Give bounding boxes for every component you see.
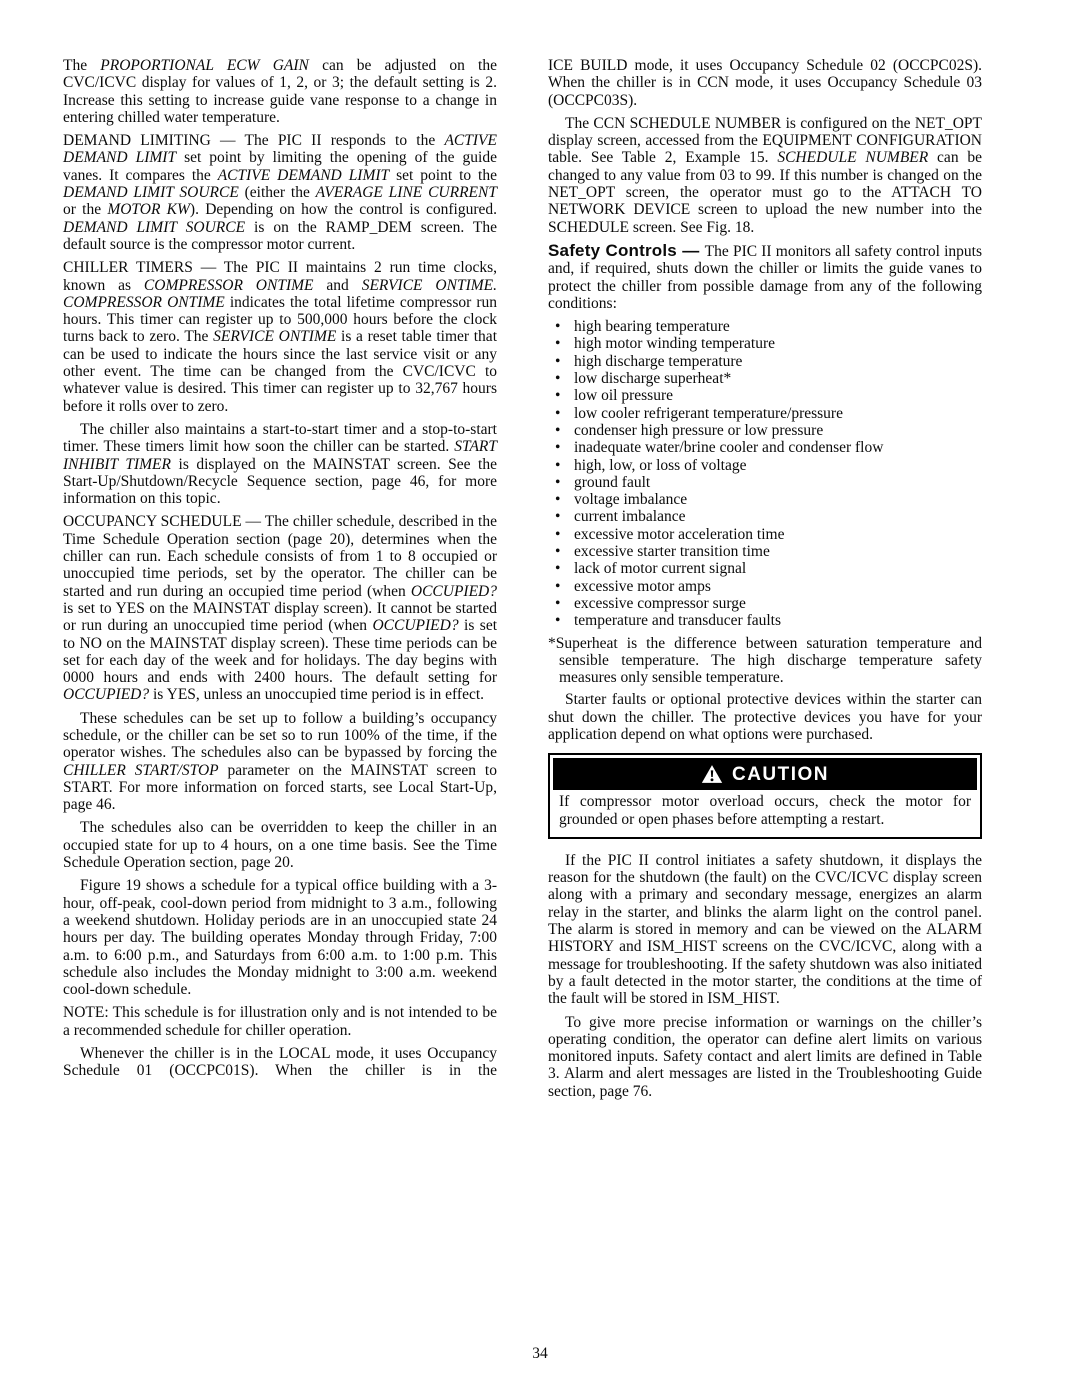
text-segment: *Superheat is the difference between sat…	[548, 635, 982, 687]
paragraph: Starter faults or optional protective de…	[548, 691, 982, 743]
bullet-item: low cooler refrigerant temperature/press…	[548, 405, 982, 422]
bullet-item: excessive compressor surge	[548, 595, 982, 612]
text-segment: set point to the	[389, 167, 497, 184]
bullet-item: excessive motor acceleration time	[548, 526, 982, 543]
caution-header: CAUTION	[553, 758, 977, 790]
paragraph: Whenever the chiller is in the LOCAL mod…	[63, 1045, 497, 1080]
text-segment: PROPORTIONAL ECW GAIN	[100, 57, 309, 74]
bullet-item: high motor winding temperature	[548, 335, 982, 352]
text-segment: AVERAGE LINE CURRENT	[316, 184, 497, 201]
paragraph: NOTE: This schedule is for illustration …	[63, 1004, 497, 1039]
text-segment: These schedules can be set up to follow …	[63, 710, 497, 762]
bullet-item: condenser high pressure or low pressure	[548, 422, 982, 439]
paragraph: Figure 19 shows a schedule for a typical…	[63, 877, 497, 998]
caution-body: If compressor motor overload occurs, che…	[553, 790, 977, 834]
bullet-item: inadequate water/brine cooler and conden…	[548, 439, 982, 456]
bullet-item: temperature and transducer faults	[548, 612, 982, 629]
bullet-item: excessive motor amps	[548, 578, 982, 595]
bullet-item: high, low, or loss of voltage	[548, 457, 982, 474]
page-number: 34	[0, 1345, 1080, 1362]
left-column: The PROPORTIONAL ECW GAIN can be adjuste…	[63, 57, 497, 1106]
paragraph: The PROPORTIONAL ECW GAIN can be adjuste…	[63, 57, 497, 126]
text-segment: OCCUPIED?	[411, 583, 497, 600]
right-top-paragraphs: ICE BUILD mode, it uses Occupancy Schedu…	[548, 57, 982, 236]
text-segment: SCHEDULE NUMBER	[777, 149, 928, 166]
text-segment: OCCUPIED?	[372, 617, 458, 634]
warning-triangle-icon	[701, 764, 723, 784]
text-segment: DEMAND LIMIT SOURCE	[63, 219, 245, 236]
text-segment: is YES, unless an unoccupied time period…	[149, 686, 484, 703]
bullet-item: lack of motor current signal	[548, 560, 982, 577]
paragraph: To give more precise information or warn…	[548, 1014, 982, 1100]
paragraph: *Superheat is the difference between sat…	[548, 635, 982, 687]
paragraph: These schedules can be set up to follow …	[63, 710, 497, 814]
caution-box: CAUTION If compressor motor overload occ…	[548, 753, 982, 839]
paragraph: The chiller also maintains a start-to-st…	[63, 421, 497, 507]
text-segment: DEMAND LIMIT SOURCE	[63, 184, 239, 201]
text-segment: MOTOR KW	[107, 201, 190, 218]
section-heading: Safety Controls —	[548, 241, 705, 260]
paragraph: ICE BUILD mode, it uses Occupancy Schedu…	[548, 57, 982, 109]
text-segment: The	[63, 57, 100, 74]
text-segment: ACTIVE DEMAND LIMIT	[218, 167, 389, 184]
safety-controls-section: Safety Controls — The PIC II monitors al…	[548, 242, 982, 312]
text-segment: To give more precise information or warn…	[548, 1014, 982, 1100]
bullet-item: low oil pressure	[548, 387, 982, 404]
bullet-item: voltage imbalance	[548, 491, 982, 508]
bullet-item: low discharge superheat*	[548, 370, 982, 387]
text-segment: ICE BUILD mode, it uses Occupancy Schedu…	[548, 57, 982, 109]
safety-conditions-list: high bearing temperaturehigh motor windi…	[548, 318, 982, 629]
paragraph: OCCUPANCY SCHEDULE — The chiller schedul…	[63, 513, 497, 703]
bullet-item: high bearing temperature	[548, 318, 982, 335]
paragraph: Safety Controls — The PIC II monitors al…	[548, 242, 982, 312]
paragraph: CHILLER TIMERS — The PIC II maintains 2 …	[63, 259, 497, 415]
text-segment: DEMAND LIMITING — The PIC II responds to…	[63, 132, 444, 149]
right-bottom-paragraphs: If the PIC II control initiates a safety…	[548, 852, 982, 1100]
text-segment: ). Depending on how the control is confi…	[190, 201, 497, 218]
paragraph: The schedules also can be overridden to …	[63, 819, 497, 871]
caution-title: CAUTION	[732, 766, 829, 783]
text-segment: SERVICE ONTIME	[213, 328, 336, 345]
text-segment: Starter faults or optional protective de…	[548, 691, 982, 743]
text-segment: If the PIC II control initiates a safety…	[548, 852, 982, 1007]
document-page: The PROPORTIONAL ECW GAIN can be adjuste…	[0, 0, 1080, 1106]
footnote-and-starter-paragraphs: *Superheat is the difference between sat…	[548, 635, 982, 744]
text-segment: The schedules also can be overridden to …	[63, 819, 497, 871]
text-segment: and	[314, 277, 362, 294]
bullet-item: high discharge temperature	[548, 353, 982, 370]
text-segment: CHILLER START/STOP	[63, 762, 219, 779]
text-segment: Figure 19 shows a schedule for a typical…	[63, 877, 497, 998]
right-column: ICE BUILD mode, it uses Occupancy Schedu…	[548, 57, 982, 1106]
text-segment: (either the	[239, 184, 316, 201]
text-segment: NOTE: This schedule is for illustration …	[63, 1004, 497, 1038]
text-segment: COMPRESSOR ONTIME	[144, 277, 314, 294]
bullet-item: ground fault	[548, 474, 982, 491]
bullet-item: excessive starter transition time	[548, 543, 982, 560]
paragraph: If the PIC II control initiates a safety…	[548, 852, 982, 1008]
text-segment: The chiller also maintains a start-to-st…	[63, 421, 497, 455]
text-segment: OCCUPIED?	[63, 686, 149, 703]
text-segment: or the	[63, 201, 107, 218]
paragraph: The CCN SCHEDULE NUMBER is configured on…	[548, 115, 982, 236]
text-segment: Whenever the chiller is in the LOCAL mod…	[63, 1045, 497, 1079]
bullet-item: current imbalance	[548, 508, 982, 525]
paragraph: DEMAND LIMITING — The PIC II responds to…	[63, 132, 497, 253]
